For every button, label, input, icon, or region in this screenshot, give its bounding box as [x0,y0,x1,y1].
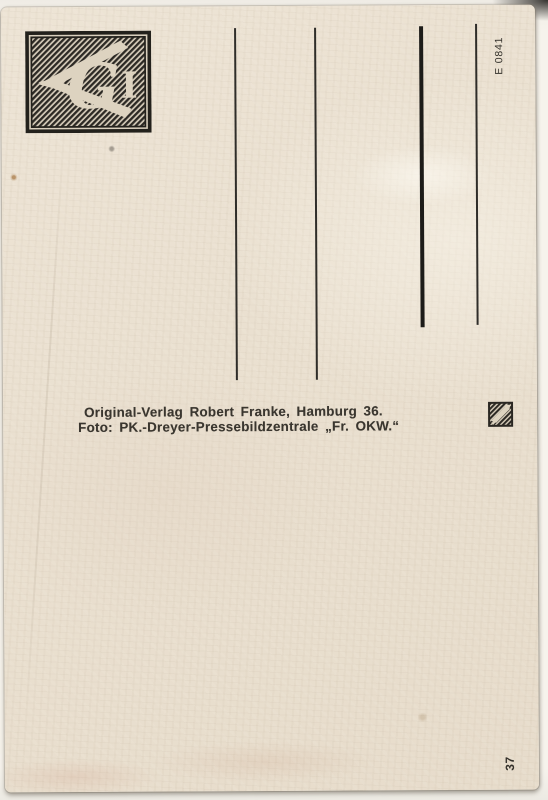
address-divider-line-2 [314,28,318,380]
address-divider-line-4 [475,24,479,325]
printer-mark-icon [487,401,514,428]
imprint-line-2: Foto: PK.-Dreyer-Pressebildzentrale „Fr.… [78,419,424,435]
address-divider-line-3-thick [419,26,425,327]
postcard-back: G I E 0841 Original-Verlag Robert Franke… [1,5,539,793]
stamp-code: E 0841 [493,27,513,75]
logo-letter-secondary: I [121,65,138,107]
logo-letter-main: G [67,50,120,123]
imprint-block: Original-Verlag Robert Franke, Hamburg 3… [84,404,424,435]
card-number: 37 [503,741,521,771]
paper-crease [25,158,63,717]
publisher-pennant-logo-icon: G I [25,31,152,134]
postcard-scan: G I E 0841 Original-Verlag Robert Franke… [0,0,548,800]
address-divider-line-1 [234,28,238,380]
